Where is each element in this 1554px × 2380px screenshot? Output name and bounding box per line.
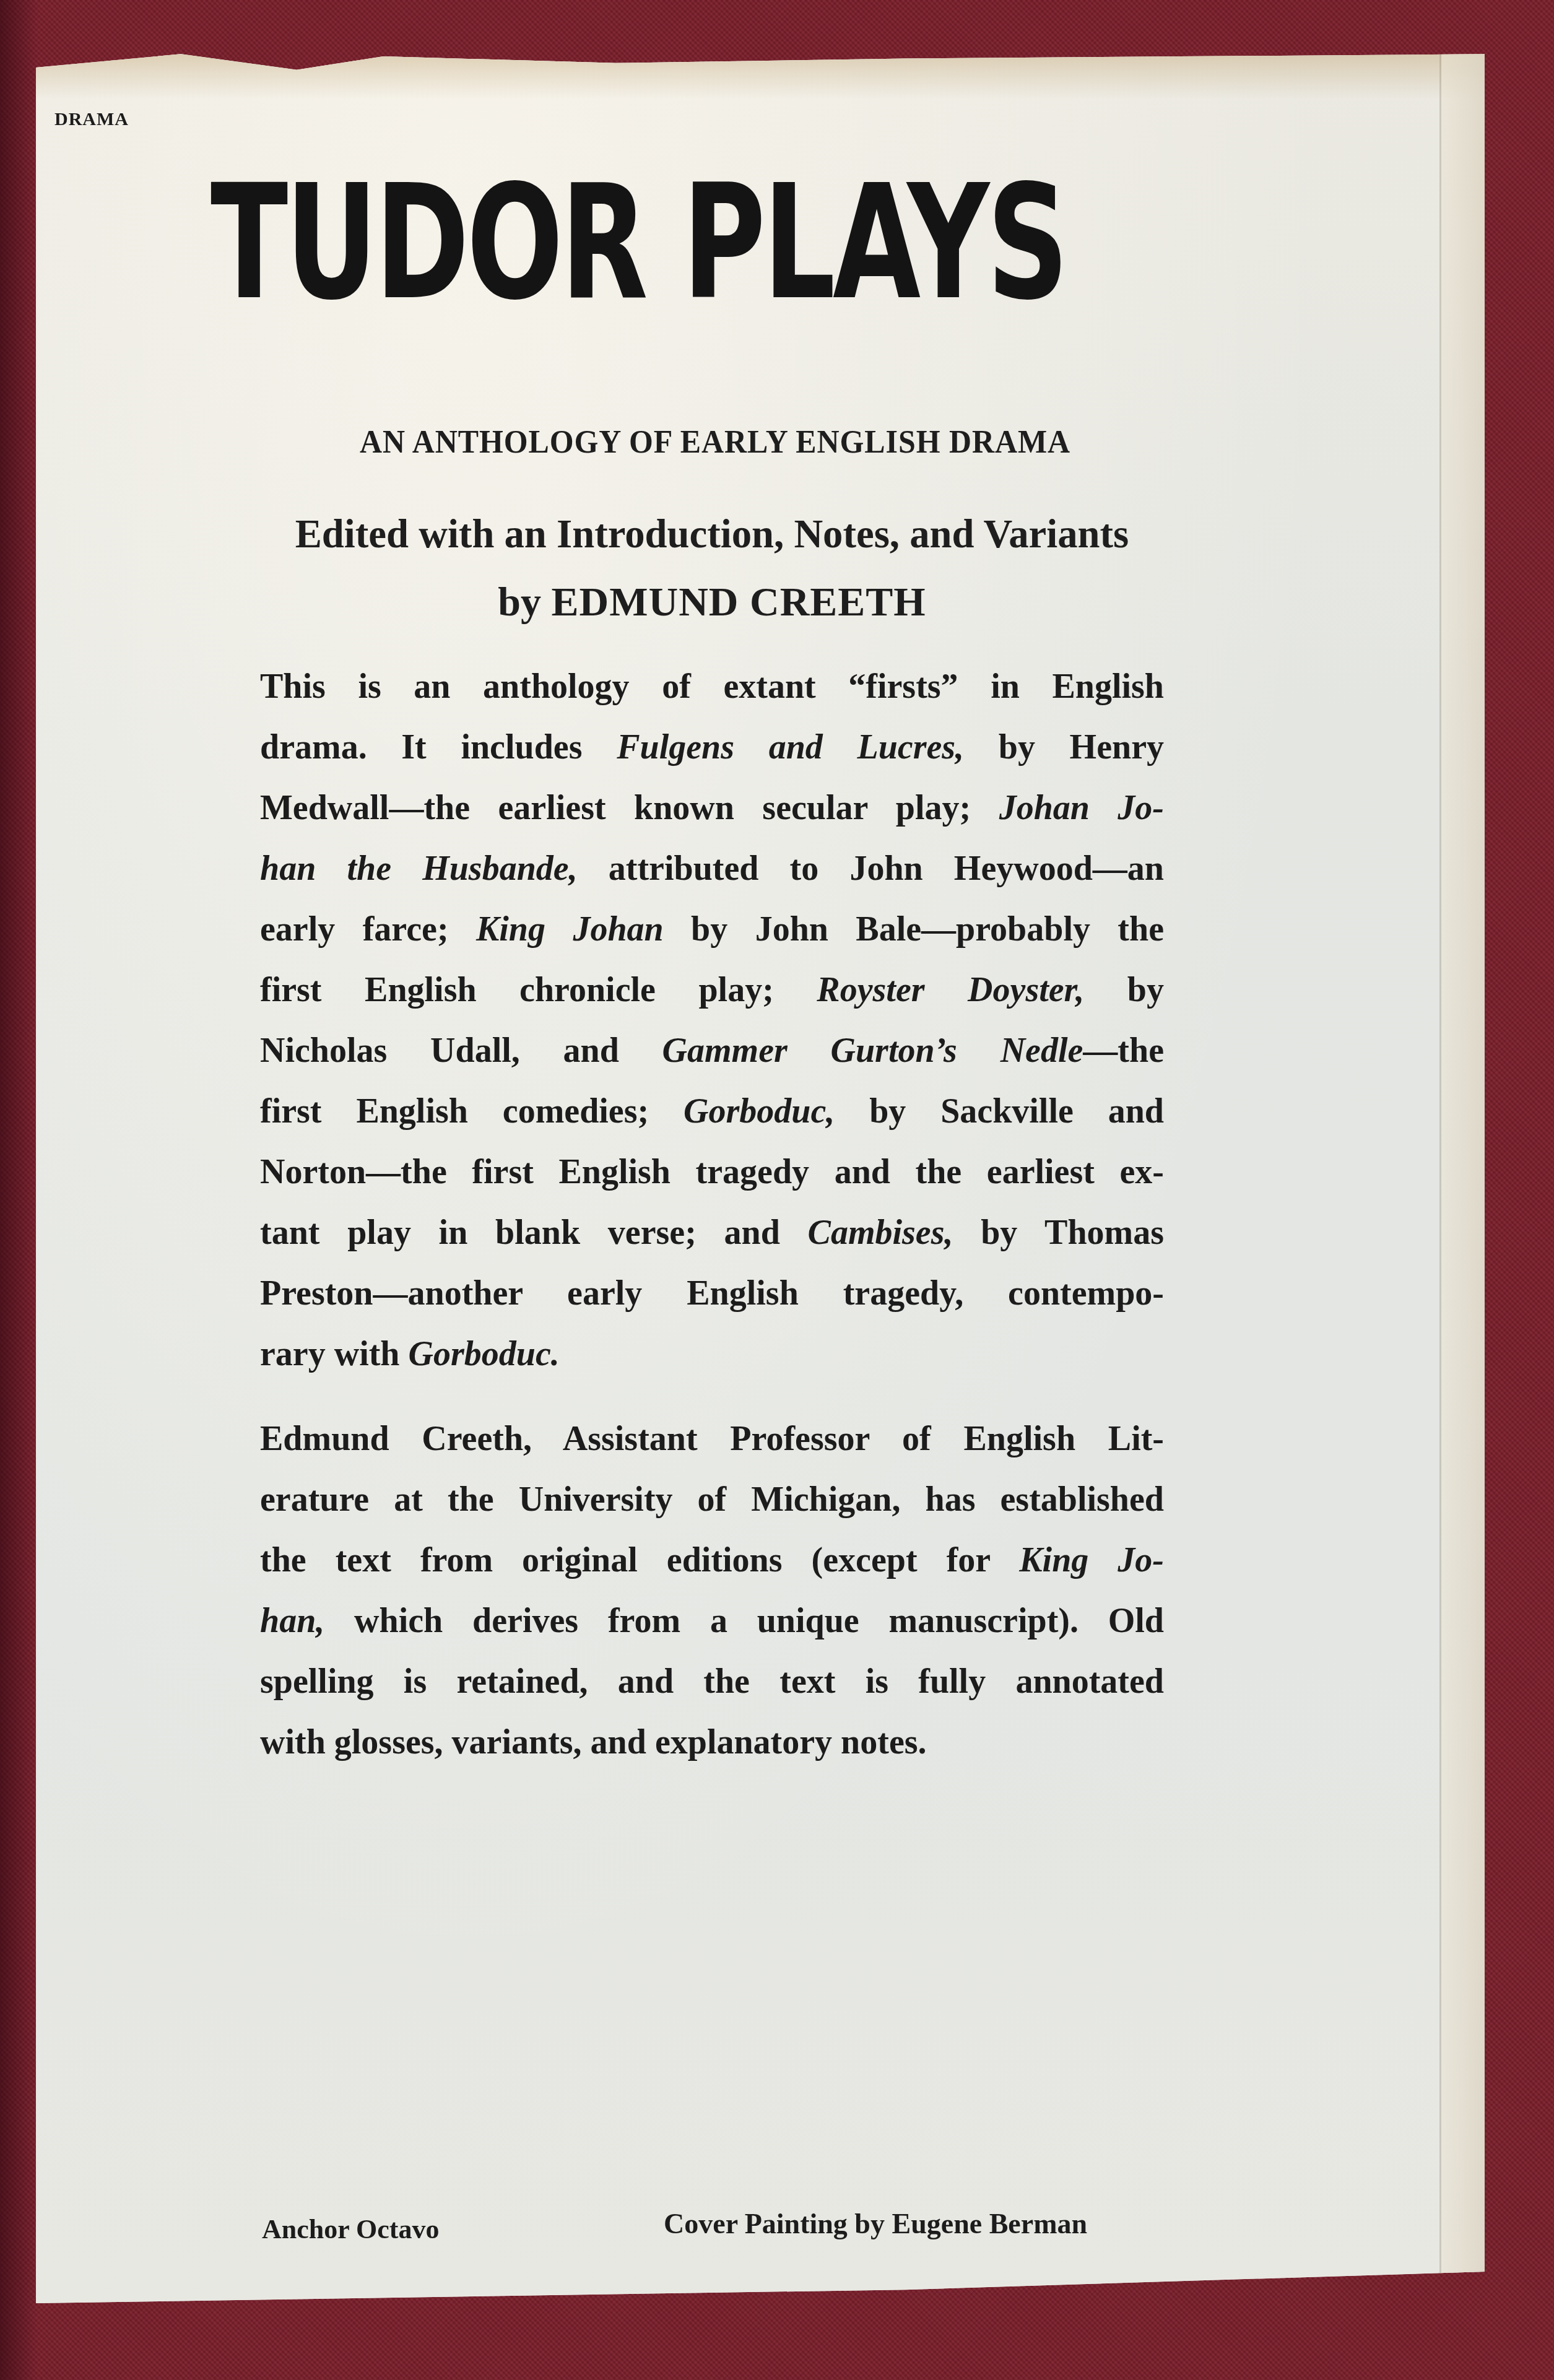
text-line: han the Husbande, attributed to John Hey…: [260, 838, 1164, 899]
text-line: Edmund Creeth, Assistant Professor of En…: [260, 1409, 1164, 1469]
play-title: King Jo-: [1019, 1541, 1164, 1579]
text-line: first English chronicle play; Royster Do…: [260, 960, 1164, 1020]
series-name: Anchor Octavo: [262, 2213, 439, 2245]
description-paragraph-2: Edmund Creeth, Assistant Professor of En…: [260, 1409, 1164, 1773]
text-line: the text from original editions (except …: [260, 1530, 1164, 1591]
text-line: Norton—the first English tragedy and the…: [260, 1142, 1164, 1202]
torn-top-edge: [36, 50, 1485, 99]
text-line: first English comedies; Gorboduc, by Sac…: [260, 1081, 1164, 1142]
text-line: early farce; King Johan by John Bale—pro…: [260, 899, 1164, 960]
background-cloth-shadow: [0, 0, 37, 2380]
play-title: han the Husbande,: [260, 849, 578, 888]
text-line: This is an anthology of extant “firsts” …: [260, 656, 1164, 717]
text-line: spelling is retained, and the text is fu…: [260, 1651, 1164, 1712]
play-title: Cambises,: [808, 1214, 953, 1252]
text-line: drama. It includes Fulgens and Lucres, b…: [260, 717, 1164, 778]
play-title: Gorboduc,: [684, 1092, 835, 1131]
byline-prefix: by: [498, 580, 541, 625]
play-title: Fulgens and Lucres,: [617, 728, 964, 767]
text-line: with glosses, variants, and explanatory …: [260, 1712, 1164, 1773]
text-line: erature at the University of Michigan, h…: [260, 1469, 1164, 1530]
jacket-flap-edge: [1441, 50, 1485, 2303]
text-line: rary with Gorboduc.: [260, 1324, 1164, 1384]
text-line: Nicholas Udall, and Gammer Gurton’s Nedl…: [260, 1020, 1164, 1081]
book-title: TUDOR PLAYS: [211, 164, 924, 322]
play-title: Gorboduc.: [409, 1335, 560, 1373]
play-title: han,: [260, 1602, 324, 1640]
play-title: Gammer Gurton’s Nedle: [662, 1031, 1083, 1070]
text-line: Preston—another early English tragedy, c…: [260, 1263, 1164, 1324]
play-title: King Johan: [476, 910, 664, 949]
description-paragraph-1: This is an anthology of extant “firsts” …: [260, 656, 1164, 1384]
jacket-fold-line: [1439, 50, 1441, 2303]
category-label: DRAMA: [54, 109, 129, 130]
book-subtitle: AN ANTHOLOGY OF EARLY ENGLISH DRAMA: [278, 424, 1152, 461]
edited-statement: Edited with an Introduction, Notes, and …: [190, 511, 1234, 558]
text-line: tant play in blank verse; and Cambises, …: [260, 1202, 1164, 1263]
editor-name: EDMUND CREETH: [552, 580, 926, 625]
text-line: han, which derives from a unique manuscr…: [260, 1591, 1164, 1651]
play-title: Royster Doyster,: [817, 971, 1084, 1009]
play-title: Johan Jo-: [999, 789, 1164, 827]
editor-byline: by EDMUND CREETH: [180, 579, 1244, 626]
cover-credit: Cover Painting by Eugene Berman: [664, 2207, 1087, 2240]
text-line: Medwall—the earliest known secular play;…: [260, 778, 1164, 838]
